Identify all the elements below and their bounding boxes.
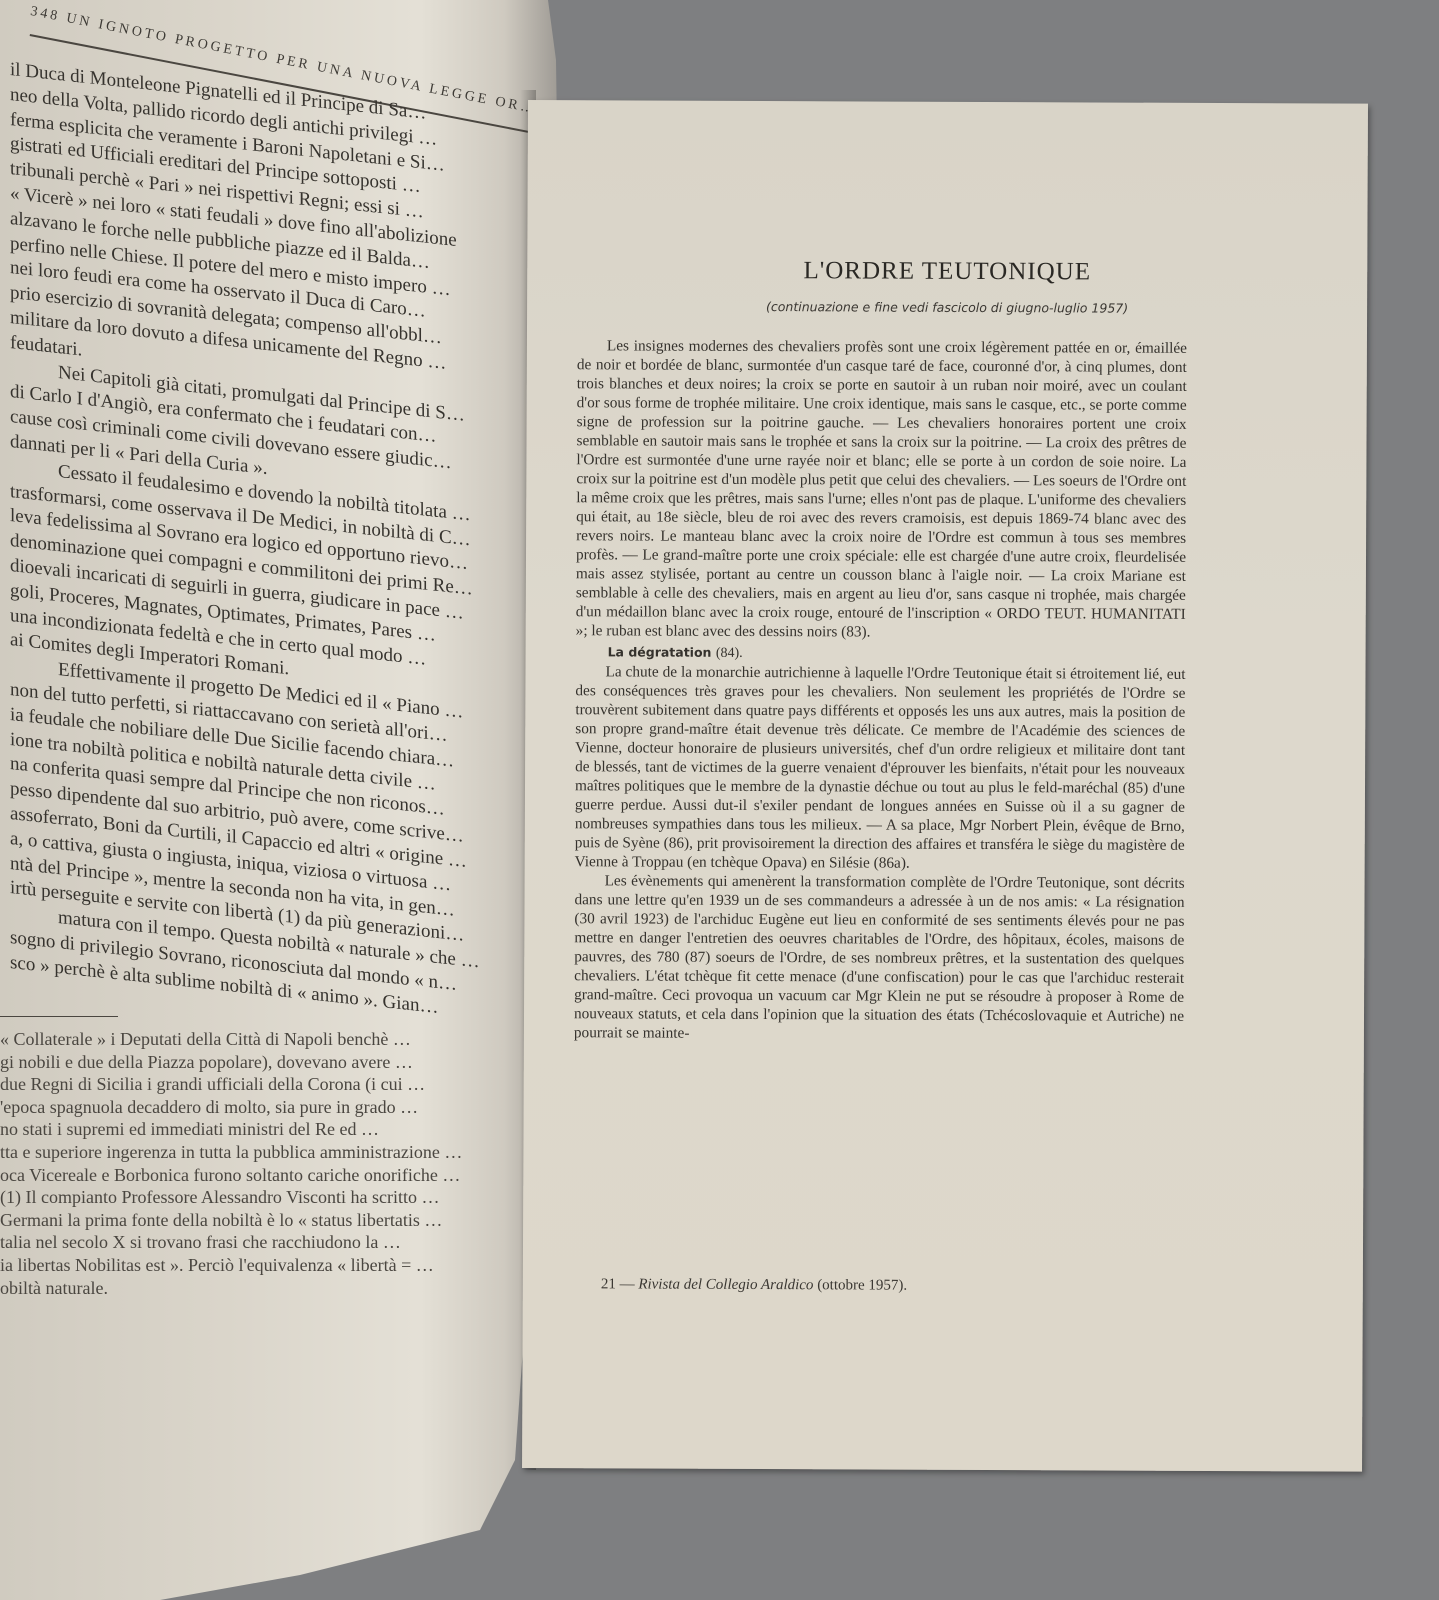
page-footer: 21 — Rivista del Collegio Araldico (otto… — [601, 1276, 907, 1294]
article-body: Les insignes modernes des chevaliers pro… — [574, 336, 1187, 1045]
footnote-line: tta e superiore ingerenza in tutta la pu… — [0, 1141, 540, 1164]
section-heading-label: La dégratation — [608, 644, 712, 659]
article-subtitle: (continuazione e fine vedi fascicolo di … — [527, 298, 1367, 317]
footnote-rule — [0, 1016, 118, 1017]
footnote-line: oca Vicereale e Borbonica furono soltant… — [0, 1164, 540, 1187]
paragraph-insignes: Les insignes modernes des chevaliers pro… — [576, 336, 1187, 643]
right-page: L'ORDRE TEUTONIQUE (continuazione e fine… — [522, 100, 1368, 1472]
left-page: 348 UN IGNOTO PROGETTO PER UNA NUOVA LEG… — [0, 0, 560, 1600]
footnote-line: 'epoca spagnuola decaddero di molto, sia… — [0, 1096, 540, 1119]
footnote-line: obiltà naturale. — [0, 1277, 540, 1300]
footnote-line: gi nobili e due della Piazza popolare), … — [0, 1051, 540, 1074]
paragraph-evenements: Les évènements qui amenèrent la transfor… — [574, 871, 1185, 1045]
footer-page-number: 21 — — [601, 1276, 635, 1292]
footnote-line: « Collaterale » i Deputati della Città d… — [0, 1028, 540, 1051]
left-page-footnotes: « Collaterale » i Deputati della Città d… — [0, 1028, 540, 1299]
footer-journal-title: Rivista del Collegio Araldico — [638, 1276, 813, 1293]
article-title: L'ORDRE TEUTONIQUE — [527, 256, 1367, 288]
footnote-line: Germani la prima fonte della nobiltà è l… — [0, 1209, 540, 1232]
paragraph-chute: La chute de la monarchie autrichienne à … — [575, 662, 1186, 874]
footnote-line: due Regni di Sicilia i grandi ufficiali … — [0, 1073, 540, 1096]
section-heading: La dégratation (84). — [576, 642, 1186, 665]
footnote-line: ia libertas Nobilitas est ». Perciò l'eq… — [0, 1254, 540, 1277]
footnote-line: talia nel secolo X si trovano frasi che … — [0, 1231, 540, 1254]
left-page-body: il Duca di Monteleone Pignatelli ed il P… — [10, 58, 570, 1034]
footer-date: (ottobre 1957). — [817, 1277, 907, 1293]
section-heading-note: (84). — [716, 646, 743, 661]
footnote-line: no stati i supremi ed immediati ministri… — [0, 1118, 540, 1141]
footnote-line: (1) Il compianto Professore Alessandro V… — [0, 1186, 540, 1209]
